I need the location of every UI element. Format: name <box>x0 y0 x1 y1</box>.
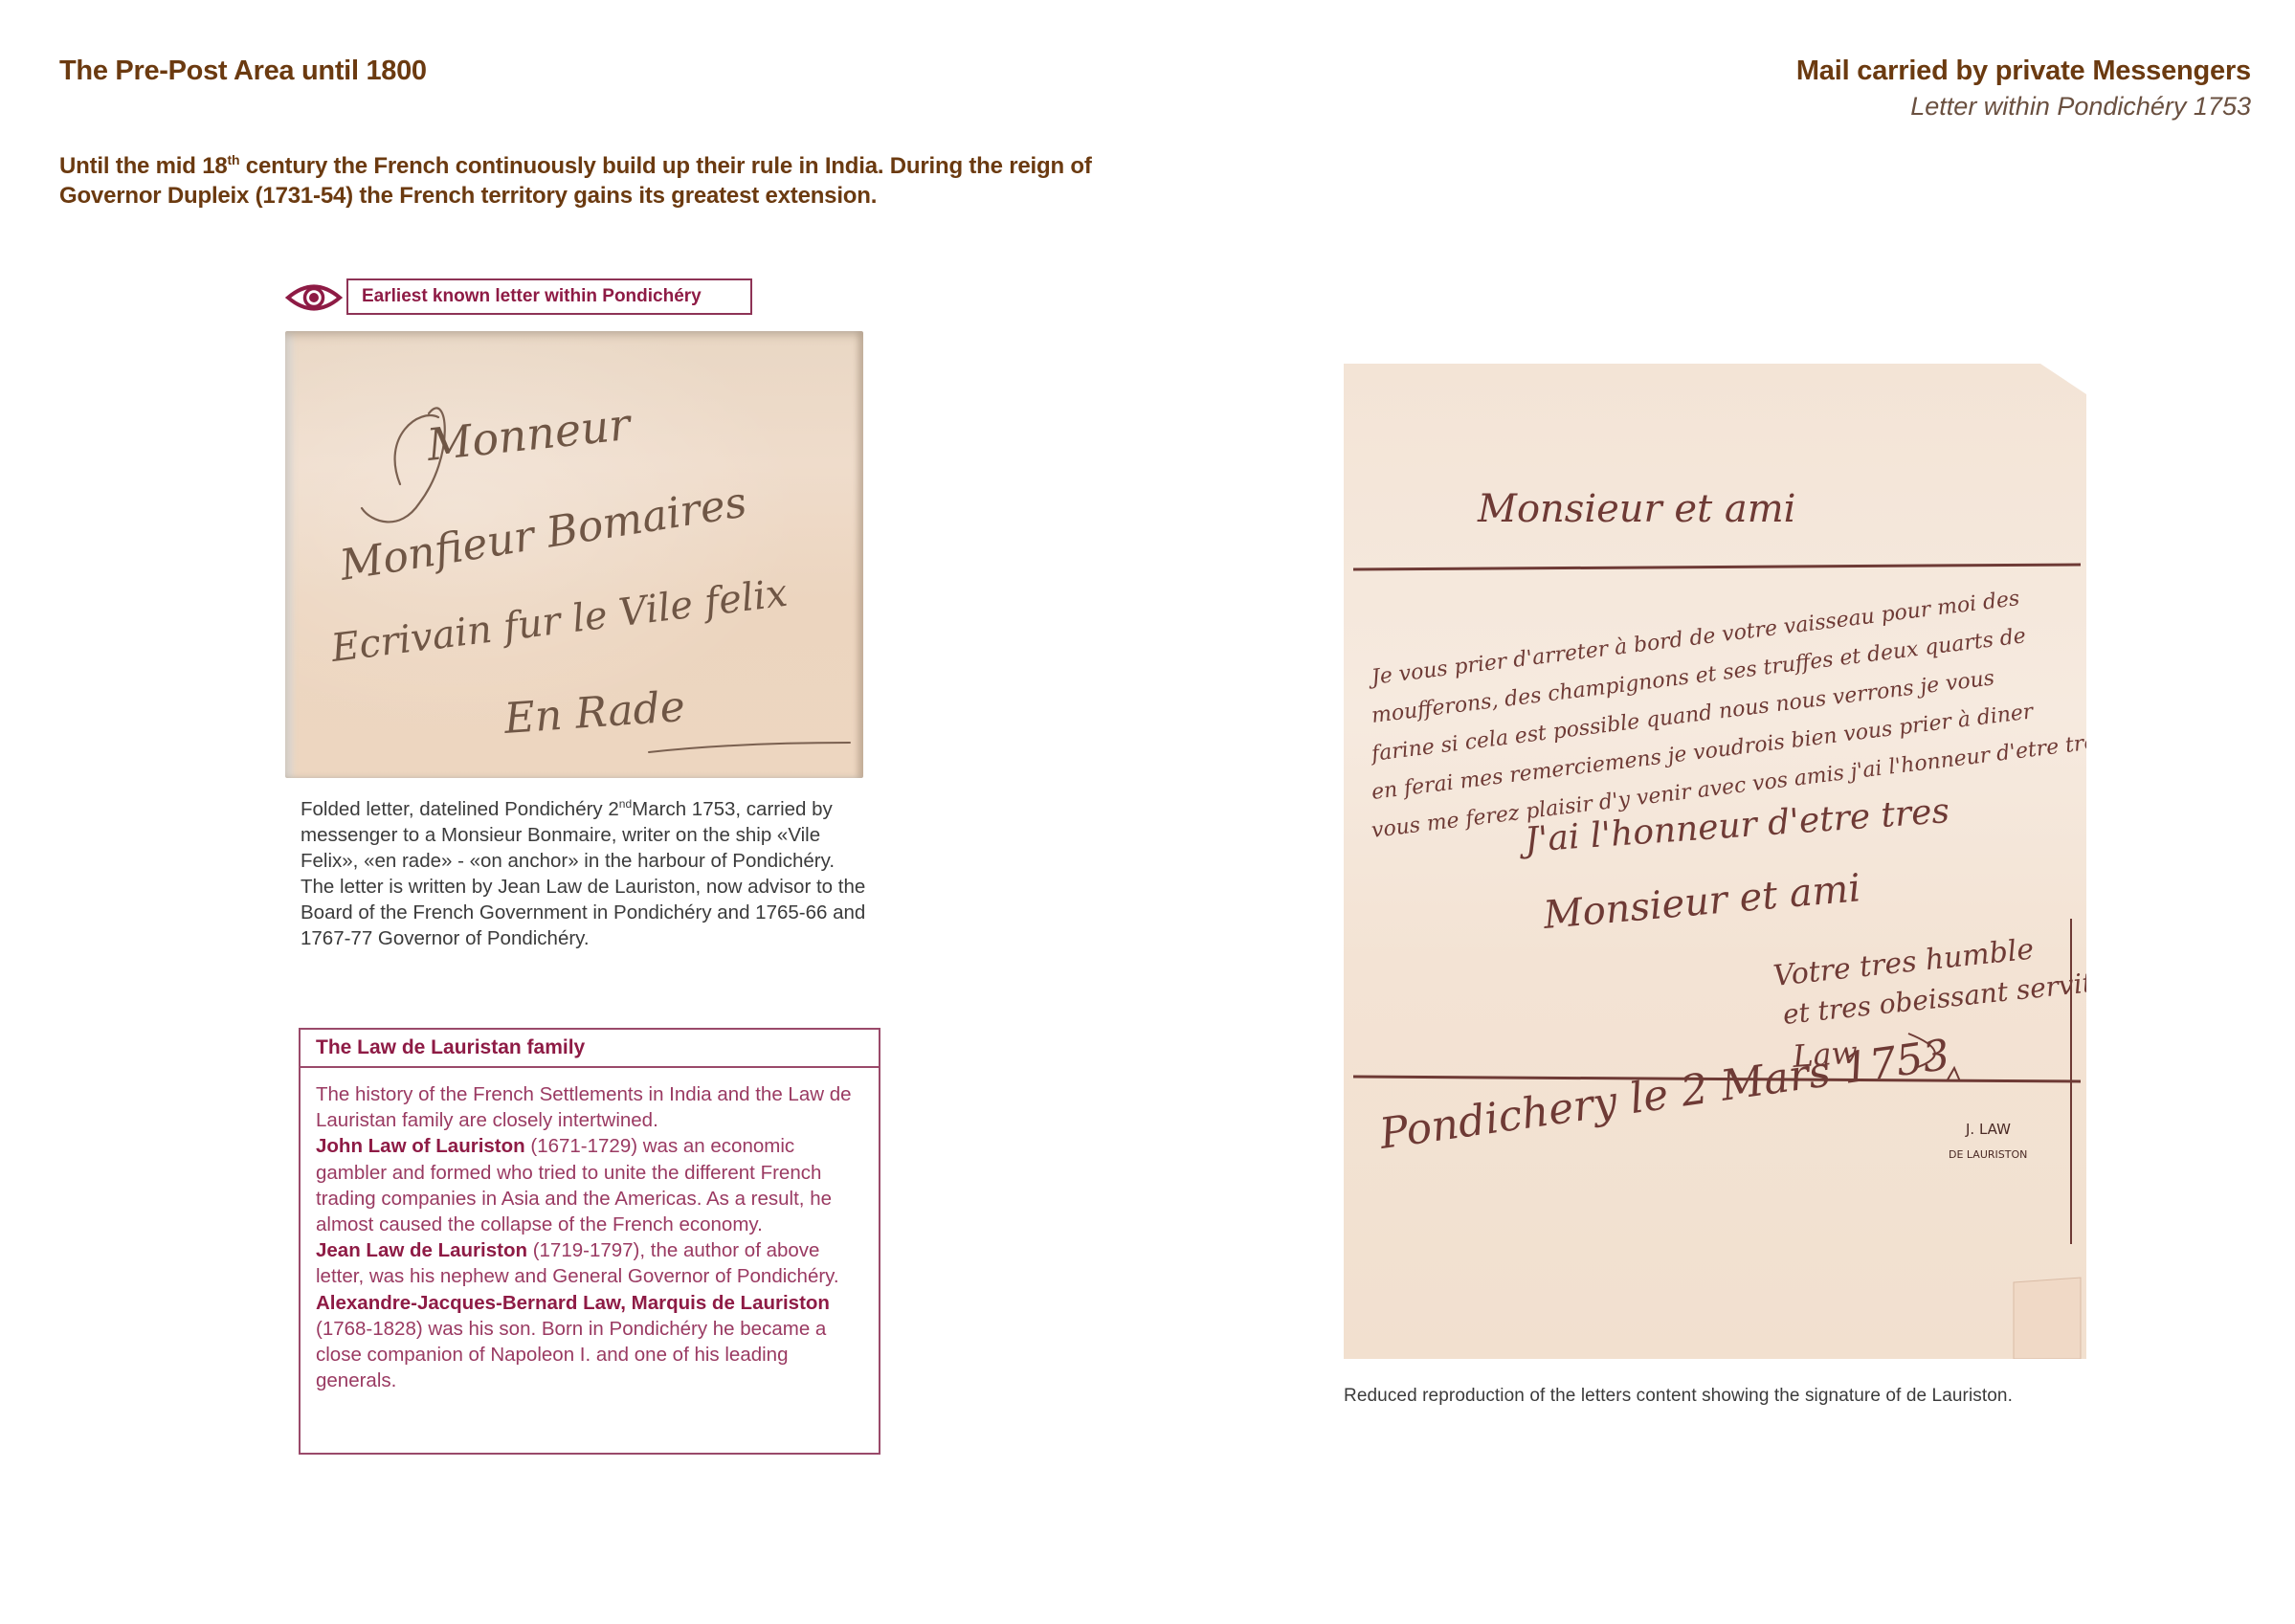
cover-handwriting-1: Monneur <box>424 398 635 471</box>
intro-text: Until the mid 18 <box>59 153 228 179</box>
highlight-label: Earliest known letter within Pondichéry <box>346 278 752 315</box>
cover-handwriting-3: Ecrivain fur le Vile felix <box>328 571 791 671</box>
annotation-surname: DE LAURISTON <box>1949 1148 2027 1161</box>
family-box-body: The history of the French Settlements in… <box>301 1068 879 1393</box>
family-intro: The history of the French Settlements in… <box>316 1083 852 1131</box>
intro-sup: th <box>228 152 240 167</box>
person-name: John Law of Lauriston <box>316 1135 525 1157</box>
full-letter-image: Monsieur et ami Je vous prier d'arreter … <box>1344 364 2086 1359</box>
highlight-label-text: Earliest known letter within Pondichéry <box>362 286 702 307</box>
caption-text-2: The letter is written by Jean Law de Lau… <box>301 876 865 949</box>
letter-salutation: Monsieur et ami <box>1477 487 1795 531</box>
person-name: Jean Law de Lauriston <box>316 1239 527 1261</box>
person-text: (1768-1828) was his son. Born in Pondich… <box>316 1318 826 1391</box>
cover-caption: Folded letter, datelined Pondichéry 2ndM… <box>301 796 875 951</box>
family-box-title: The Law de Lauristan family <box>301 1030 879 1068</box>
caption-sup: nd <box>619 797 632 811</box>
letter-dateline: Pondichery le 2 Mars 1753 <box>1375 1031 1952 1159</box>
page-title: The Pre-Post Area until 1800 <box>59 56 427 87</box>
cover-letter-image: Monneur Monfieur Bomaires Ecrivain fur l… <box>285 331 863 778</box>
person-name: Alexandre-Jacques-Bernard Law, Marquis d… <box>316 1292 830 1314</box>
caption-text: Folded letter, datelined Pondichéry 2 <box>301 798 619 820</box>
cover-handwriting-4: En Rade <box>501 682 686 744</box>
annotation-name: J. LAW <box>1965 1121 2011 1138</box>
family-info-box: The Law de Lauristan family The history … <box>299 1028 880 1455</box>
section-subtitle: Letter within Pondichéry 1753 <box>1910 92 2251 122</box>
section-title: Mail carried by private Messengers <box>1796 56 2251 87</box>
letter-closing: Monsieur et ami <box>1541 866 1862 938</box>
full-letter-caption: Reduced reproduction of the letters cont… <box>1344 1386 2013 1407</box>
eye-icon <box>285 281 343 314</box>
intro-paragraph: Until the mid 18th century the French co… <box>59 151 1131 211</box>
cover-handwriting-2: Monfieur Bomaires <box>336 478 750 590</box>
